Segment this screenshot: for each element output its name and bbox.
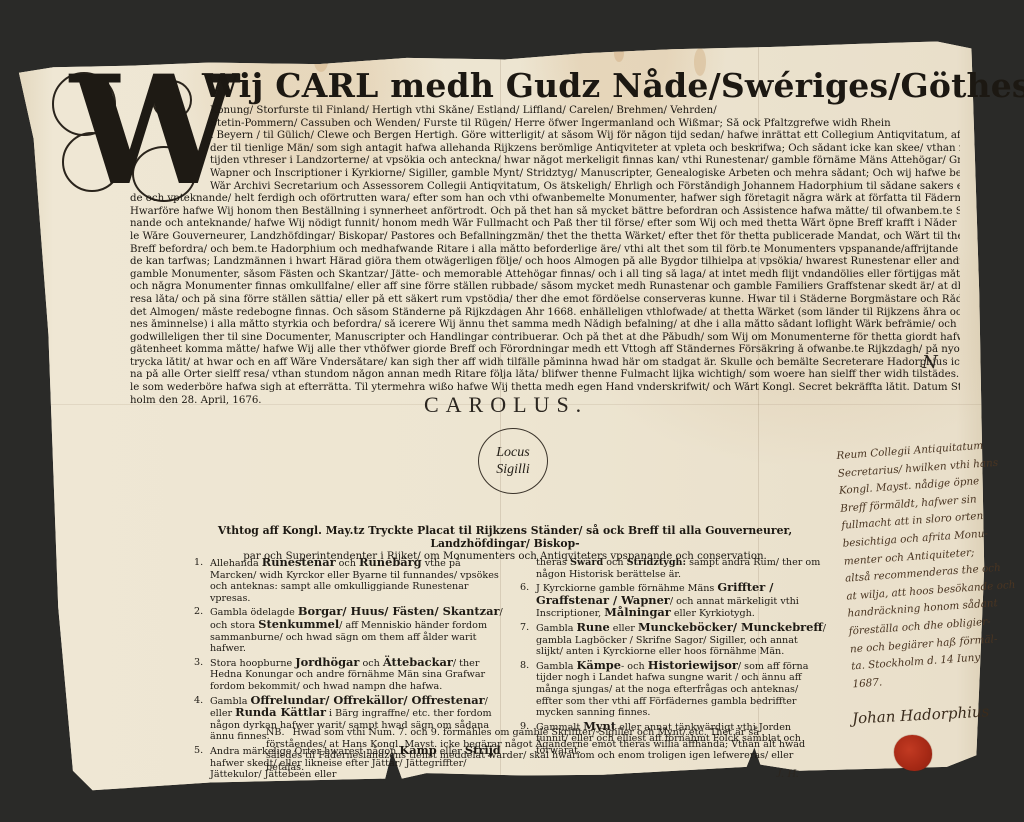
list-item-text: - och (621, 661, 648, 672)
list-item-text: och (603, 557, 626, 568)
body-line: godwilleligen ther til sine Documenter, … (130, 332, 960, 345)
nb-text: Hwad som vthi Num. 7. och 9. förmähles o… (266, 727, 805, 773)
body-line: Konung/ Storfurste til Finland/ Hertigh … (130, 105, 960, 118)
list-item-text: och (359, 658, 382, 669)
list-item-number: 1. (194, 557, 203, 569)
list-item-keyword: Kämpe (576, 658, 621, 672)
list-item-keyword: Historiewijsor (648, 658, 738, 672)
body-line: Wapner och Inscriptioner i Kyrkiorne/ Si… (130, 168, 960, 181)
list-item: 7.Gambla Rune eller Munckeböcker/ Muncke… (520, 622, 826, 658)
list-item-keyword: Runestenar (262, 555, 336, 569)
body-line: gamble Monumenter, såsom Fästen och Skan… (130, 269, 960, 282)
body-line: tijden vthreser i Landzorterne/ at vpsök… (130, 155, 960, 168)
extract-title-line: Vthtog aff Kongl. May.tz Tryckte Placat … (180, 524, 830, 550)
body-line: Stetin-Pommern/ Cassuben och Wenden/ Fur… (130, 118, 960, 131)
red-wax-seal (894, 735, 932, 771)
list-item-text: och (336, 558, 359, 569)
list-item-number: 4. (194, 695, 203, 707)
list-item-number: 3. (194, 657, 203, 669)
list-item-number: 2. (194, 606, 203, 618)
list-item: 8.Gambla Kämpe- och Historiewijsor/ som … (520, 660, 826, 719)
list-item-keyword: Stenkummel (258, 617, 339, 631)
list-item-keyword: Swärd (570, 557, 603, 568)
royal-signature-printed: CAROLUS. (424, 392, 588, 418)
list-item-text: Stora hoopburne (210, 658, 295, 669)
locus-sigilli-seal-placeholder: Locus Sigilli (478, 428, 548, 494)
body-line: nande och anteknande/ hafwe Wij nödigt f… (130, 218, 960, 231)
body-line: i Beyern / til Gülich/ Clewe och Bergen … (130, 130, 960, 143)
nb-label: NB. (266, 727, 285, 738)
body-line: trycka låtit/ at hwar och en aff Wåre Vn… (130, 357, 960, 370)
list-item: 6.J Kyrckiorne gamble förnähme Mäns Grif… (520, 582, 826, 620)
body-line: resa låta/ och på sina förre ställen sät… (130, 294, 960, 307)
body-line: le Wåre Gouverneurer, Landzhöfdingar/ Bi… (130, 231, 960, 244)
body-line: nes åminnelse) i alla måtto styrkia och … (130, 319, 960, 332)
list-item-keyword: Jordhögar (295, 655, 359, 669)
body-line: Hwarföre hafwe Wij honom then Beställnin… (130, 206, 960, 219)
list-item-text: eller Kyrkiotygh. (671, 608, 755, 619)
list-item-keyword: Rune (576, 620, 609, 634)
list-item-number: 5. (194, 745, 203, 757)
body-line: de kan tarfwas; Landzmännen i hwart Hära… (130, 256, 960, 269)
body-line: de och vpteknande/ helt ferdigh och oför… (130, 193, 960, 206)
list-item-keyword: Ättebackar (383, 655, 453, 669)
list-item-keyword: Målningar (604, 605, 671, 619)
body-line: Wår Archivi Secretarium och Assessorem C… (130, 181, 960, 194)
list-item-keyword: Runebärg (359, 555, 422, 569)
list-item-keyword: Stridztygh: (627, 557, 686, 568)
list-item-keyword: Munckeböcker/ Munckebreff (638, 620, 823, 634)
document-heading: Wij CARL medh Gudz Nåde/Swériges/Göthes … (210, 66, 930, 105)
list-item: 2.Gambla ödelagde Borgar/ Huus/ Fästen/ … (194, 606, 510, 654)
list-item-text: Allehanda (210, 558, 262, 569)
list-item-text: Gambla (536, 623, 576, 634)
seal-line-2: Sigilli (496, 461, 529, 478)
body-line: der til tienlige Män/ som sigh antagit h… (130, 143, 960, 156)
list-item-keyword: Runda Kättlar (235, 705, 326, 719)
foxing-stain (614, 44, 624, 62)
proclamation-body: Konung/ Storfurste til Finland/ Hertigh … (130, 105, 960, 407)
list-item: 1.Allehanda Runestenar och Runebärg vthe… (194, 557, 510, 604)
list-item-text: Gambla (536, 661, 576, 672)
handwritten-note: Reum Collegii AntiquitatumSecretarius/ h… (836, 437, 1013, 694)
list-item: 3.Stora hoopburne Jordhögar och Ätteback… (194, 657, 510, 693)
list-item-text: eller (610, 623, 638, 634)
body-line: och några Monumenter finnas omkullfalne/… (130, 281, 960, 294)
seal-line-1: Locus (496, 444, 529, 461)
list-item-number: 7. (520, 622, 529, 634)
list-item-text: theras (536, 557, 570, 568)
list-item-number: 8. (520, 660, 529, 672)
nota-bene-paragraph: NB.Hwad som vthi Num. 7. och 9. förmähle… (266, 727, 806, 773)
body-line: gätenheet komma måtte/ hafwe Wij alle th… (130, 344, 960, 357)
body-line: Breff befordra/ och bem.te Hadorphium oc… (130, 244, 960, 257)
heading-text: Wij CARL medh Gudz Nåde/Swériges/Göthes … (202, 66, 1024, 105)
body-line: na på alle Orter sielff resa/ vthan stun… (130, 369, 960, 382)
list-item-number: 6. (520, 582, 529, 594)
margin-mark: N (922, 352, 938, 373)
body-line: det Almogen/ måste redebogne finnas. Och… (130, 307, 960, 320)
printer-initials: J. H. (776, 766, 799, 781)
list-item: theras Swärd och Stridztygh: sampt andra… (520, 557, 826, 580)
